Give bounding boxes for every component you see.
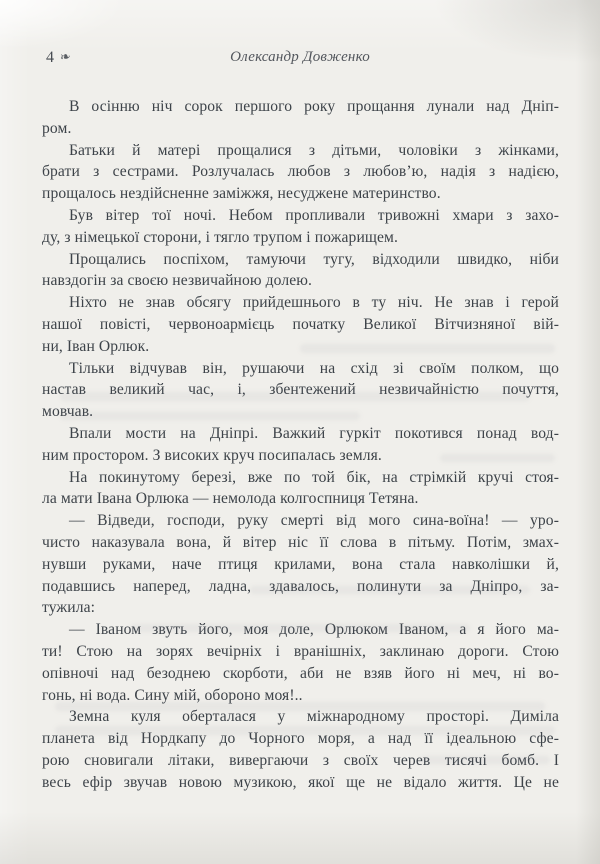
text-line: рою сновигали літаки, вивергаючи з своїх… xyxy=(42,750,559,772)
text-line: настав великий час, і, збентежений незви… xyxy=(42,379,559,401)
text-line: планета від Нордкапу до Чорного моря, а … xyxy=(42,728,559,750)
text-line: В осінню ніч сорок першого року прощання… xyxy=(42,96,559,118)
text-line: — Іваном звуть його, моя доле, Орлюком І… xyxy=(42,619,559,641)
text-line: — Відведи, господи, руку смерті від мого… xyxy=(42,510,559,532)
text-line: навздогін за своєю незвичайною долею. xyxy=(42,270,559,292)
body-text: В осінню ніч сорок першого року прощання… xyxy=(42,96,559,794)
text-line: Впали мости на Дніпрі. Важкий гуркіт пок… xyxy=(42,423,559,445)
text-line: Ніхто не знав обсягу прийдешнього в ту н… xyxy=(42,292,559,314)
text-line: подавшись наперед, ладна, здавалось, пол… xyxy=(42,576,559,598)
text-line: ду, з німецької сторони, і тягло трупом … xyxy=(42,227,559,249)
text-line: мовчав. xyxy=(42,401,559,423)
text-line: нувши руками, наче птиця крилами, вона с… xyxy=(42,554,559,576)
text-line: тужила: xyxy=(42,597,559,619)
text-line: Батьки й матері прощалися з дітьми, чоло… xyxy=(42,140,559,162)
text-line: прощалось нездійсненне заміжжя, несуджен… xyxy=(42,183,559,205)
running-header: 4❧ Олександр Довженко xyxy=(0,49,600,69)
text-line: брати з сестрами. Розлучалась любов з лю… xyxy=(42,161,559,183)
text-line: Прощались поспіхом, тамуючи тугу, відход… xyxy=(42,249,559,271)
text-line: Був вітер тої ночі. Небом пропливали три… xyxy=(42,205,559,227)
text-line: Земна куля оберталася у міжнародному про… xyxy=(42,706,559,728)
text-line: чисто наказувала вона, й вітер ніс її сл… xyxy=(42,532,559,554)
text-line: На покинутому березі, вже по той бік, на… xyxy=(42,467,559,489)
text-line: нашої повісті, червоноармієць початку Ве… xyxy=(42,314,559,336)
text-line: ром. xyxy=(42,118,559,140)
text-line: весь ефір звучав новою музикою, якої ще … xyxy=(42,772,559,794)
text-line: ним простором. З високих круч посипалась… xyxy=(42,445,559,467)
running-header-title: Олександр Довженко xyxy=(0,49,600,66)
book-page: 4❧ Олександр Довженко В осінню ніч сорок… xyxy=(0,0,600,864)
text-line: опівночі над безоднею скорботи, аби не в… xyxy=(42,663,559,685)
text-line: ла мати Івана Орлюка — немолода колгоспн… xyxy=(42,488,559,510)
text-line: ти! Стою на зорях вечірніх і вранішніх, … xyxy=(42,641,559,663)
text-line: гонь, ні вода. Сину мій, обороно моя!.. xyxy=(42,685,559,707)
text-line: Тільки відчував він, рушаючи на схід зі … xyxy=(42,358,559,380)
text-line: ни, Іван Орлюк. xyxy=(42,336,559,358)
